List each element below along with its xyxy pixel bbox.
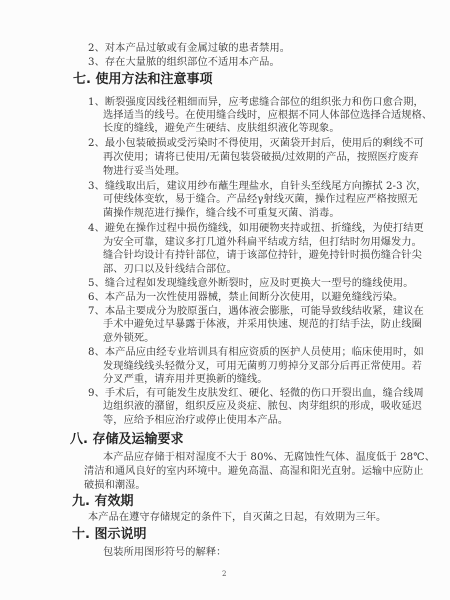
section-10-heading: 十. 图示说明 (72, 527, 146, 543)
storage-line-3: 破损和潮湿。 (84, 479, 146, 492)
contraindication-item-2: 2、对本产品过敏或有金属过敏的患者禁用。 (88, 42, 290, 55)
usage-item-4-line-2: 为安全可靠，建议多打几道外科扁平结或方结，但打结时勿用爆发力。 (103, 236, 422, 249)
section-9-heading: 九. 有效期 (72, 494, 133, 510)
usage-item-2-line-1: 2、最小包装破损或受污染时不得使用，灭菌袋开封后，使用后的剩线不可 (88, 137, 424, 150)
usage-item-1-line-2: 选择适当的线号。在使用缝合线时，应根据不同人体部位选择合适规格、 (103, 109, 432, 122)
usage-item-1-line-1: 1、断裂强度因线径粗细而异，应考虑缝合部位的组织张力和伤口愈合期， (88, 96, 424, 109)
section-7-heading: 七. 使用方法和注意事项 (73, 72, 212, 88)
usage-item-5: 5、缝合过程如发现缝线意外断裂时，应及时更换大一型号的缝线使用。 (88, 277, 414, 290)
usage-item-6: 6、本产品为一次性使用器械，禁止间断分次使用，以避免缝线污染。 (88, 291, 403, 304)
usage-item-4-line-1: 4、避免在操作过程中损伤缝线，如用硬物夹持或扭、折缝线，为使打结更 (88, 222, 424, 235)
usage-item-4-line-4: 部、刃口以及针线结合部位。 (103, 263, 237, 276)
usage-item-7-line-2: 手术中避免过早暴露于体液，并采用快速、规范的打结手法，防止线圈 (103, 318, 422, 331)
symbols-intro-line: 包装所用图形符号的解释： (103, 546, 226, 559)
usage-item-3-line-3: 菌操作规范进行操作，缝合线不可重复灭菌、消毒。 (103, 207, 340, 220)
usage-item-9-line-3: 等，应给予相应治疗或停止使用本产品。 (103, 414, 288, 427)
usage-item-7-line-3: 意外锁死。 (103, 332, 154, 345)
contraindication-item-3: 3、存在大量脓的组织部位不适用本产品。 (88, 56, 280, 69)
storage-line-2: 清洁和通风良好的室内环境中。避免高温、高湿和阳光直射。运输中应防止 (84, 465, 423, 478)
usage-item-1-line-3: 长度的缝线，避免产生硬结、皮肤组织液化等现象。 (103, 122, 340, 135)
page-number: 2 (222, 570, 226, 578)
section-8-heading: 八. 存储及运输要求 (70, 432, 183, 448)
usage-item-3-line-1: 3、缝线取出后，建议用纱布蘸生理盐水，自针头至线尾方向擦拭 2-3 次， (88, 180, 427, 193)
validity-line: 本产品在遵守存储规定的条件下，自灭菌之日起，有效期为三年。 (88, 511, 386, 524)
document-page: 2、对本产品过敏或有金属过敏的患者禁用。 3、存在大量脓的组织部位不适用本产品。… (0, 0, 450, 600)
usage-item-8-line-1: 8、本产品应由经专业培训具有相应资质的医护人员使用；临床使用时，如 (88, 346, 424, 359)
usage-item-8-line-3: 分叉严重，请弃用并更换新的缝线。 (103, 373, 268, 386)
usage-item-2-line-3: 物进行妥当处理。 (103, 165, 185, 178)
usage-item-2-line-2: 再次使用；请将已使用/无菌包装袋破损/过效期的产品，按照医疗废弃 (103, 151, 419, 164)
storage-line-1: 本产品应存储于相对湿度不大于 80%、无腐蚀性气体、温度低于 28℃、 (103, 451, 435, 464)
usage-item-7-line-1: 7、本品主要成分为胶原蛋白，遇体液会膨胀，可能导致线结收紧，建议在 (88, 305, 424, 318)
usage-item-3-line-2: 可使线体变软，易于缝合。产品经γ射线灭菌，操作过程应严格按照无 (103, 193, 418, 206)
usage-item-9-line-1: 9、手术后，有可能发生皮肤发红、硬化、轻微的伤口开裂出血，缝合线周 (88, 387, 424, 400)
usage-item-9-line-2: 边组织液的潴留，组织反应及炎症、脓包、肉芽组织的形成，吸收延迟 (103, 400, 422, 413)
usage-item-8-line-2: 发现缝线线头轻微分叉，可用无菌剪刀剪掉分叉部分后再正常使用。若 (103, 360, 422, 373)
usage-item-4-line-3: 缝合针均设计有持针部位，请于该部位持针，避免持针时损伤缝合针尖 (103, 249, 422, 262)
